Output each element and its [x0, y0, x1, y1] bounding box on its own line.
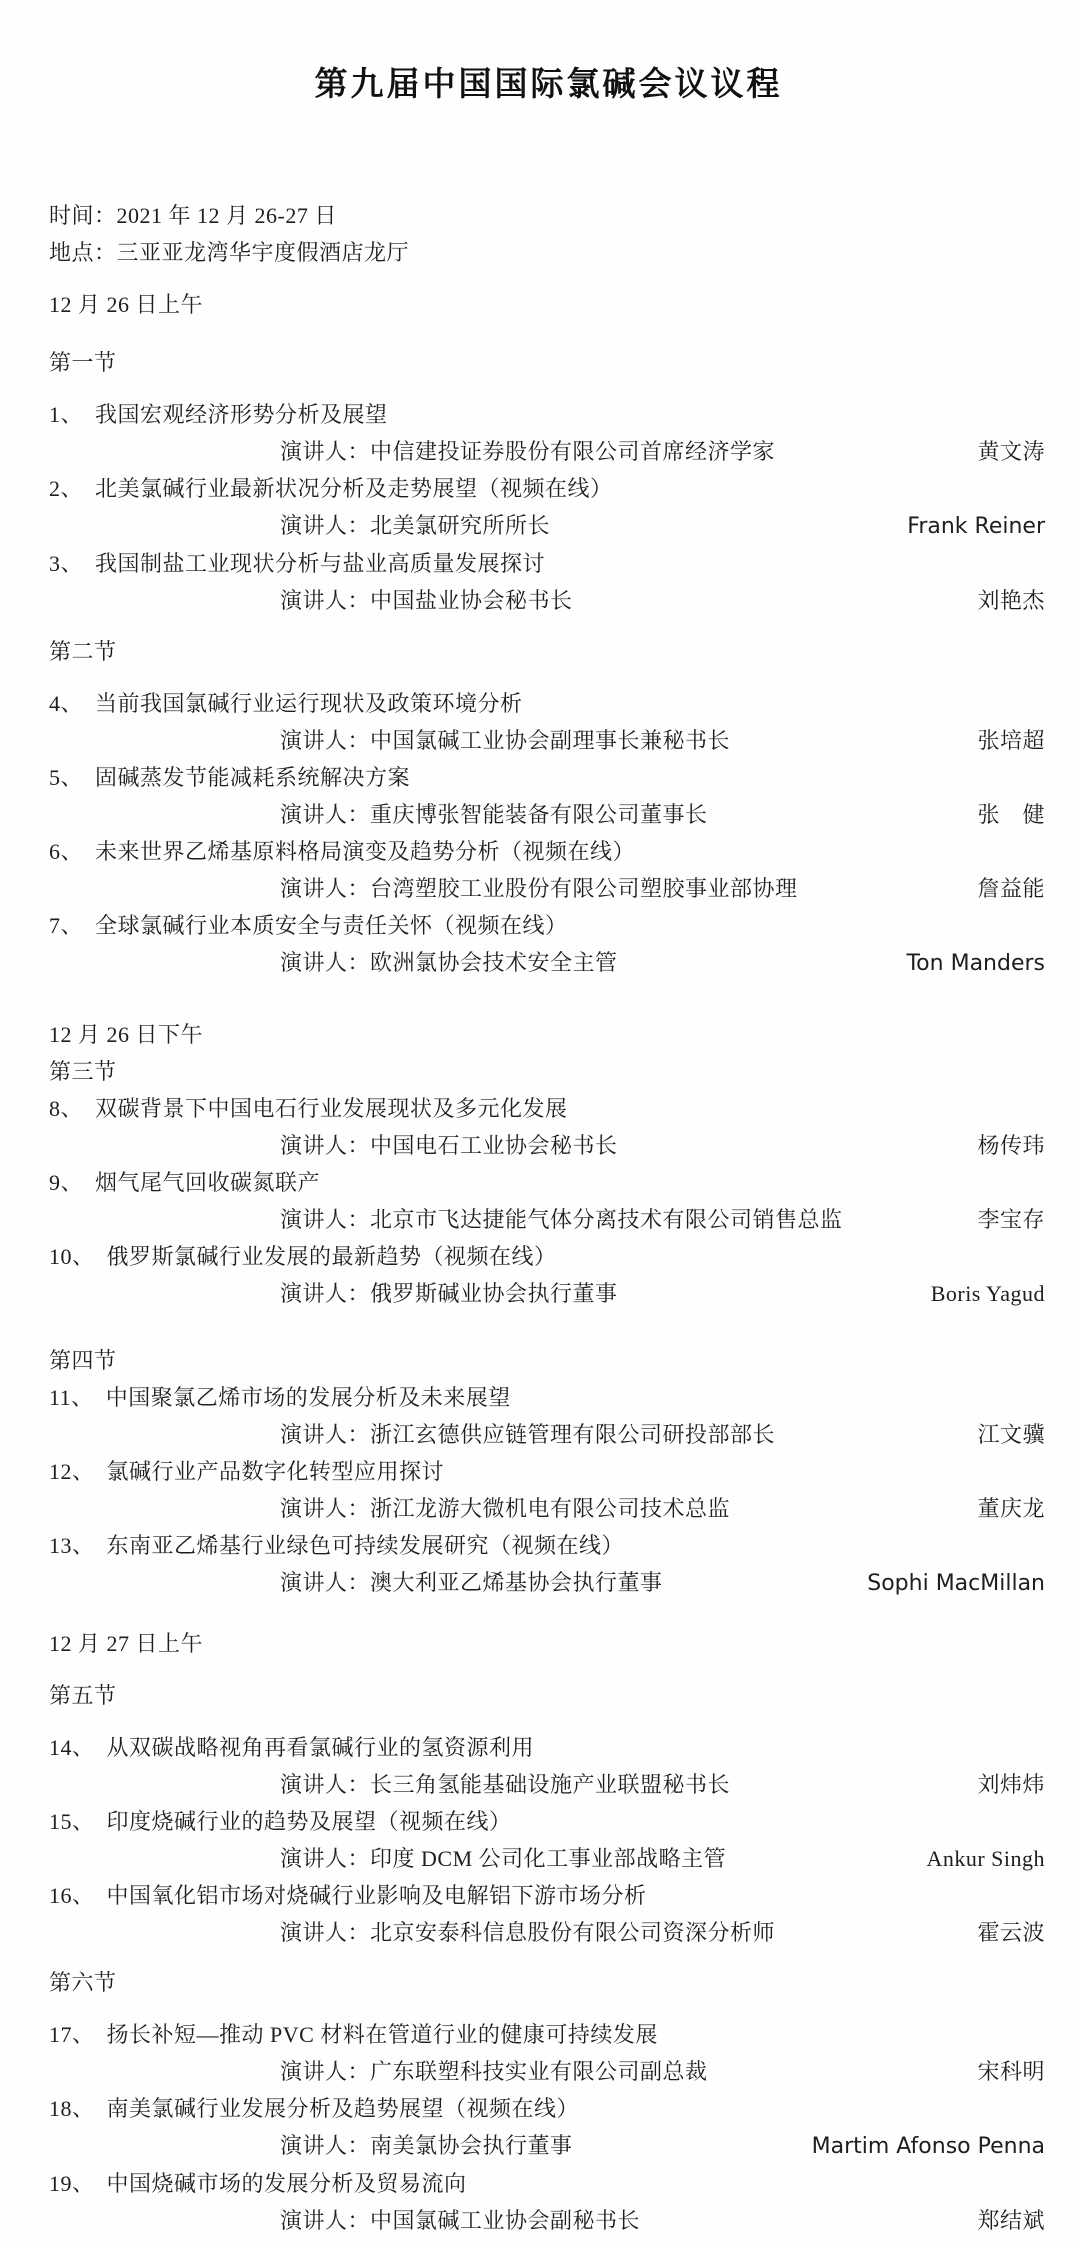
talk-title: 中国烧碱市场的发展分析及贸易流向 — [107, 2171, 467, 2196]
speaker-name: 宋科明 — [977, 2053, 1048, 2090]
speaker-role: 北京安泰科信息股份有限公司资深分析师 — [370, 1914, 775, 1951]
speaker-role: 北美氯研究所所长 — [370, 507, 550, 544]
speaker-label: 演讲人： — [280, 944, 370, 981]
speaker-label: 演讲人： — [280, 1914, 370, 1951]
speaker-name: 霍云波 — [977, 1914, 1048, 1951]
speaker-label: 演讲人： — [280, 433, 370, 470]
speaker-label: 演讲人： — [280, 1127, 370, 1164]
talk-title-line: 14、从双碳战略视角再看氯碱行业的氢资源利用 — [49, 1729, 1048, 1766]
speaker-name: Sophi MacMillan — [867, 1565, 1048, 1602]
section-heading: 第一节 — [49, 344, 1048, 381]
speaker-name: 刘炜炜 — [977, 1766, 1048, 1803]
speaker-name: 杨传玮 — [977, 1127, 1048, 1164]
speaker-name: 黄文涛 — [977, 433, 1048, 470]
meeting-time: 时间：2021 年 12 月 26-27 日 — [49, 197, 1048, 234]
speaker-role: 澳大利亚乙烯基协会执行董事 — [370, 1564, 663, 1601]
talk-number: 6、 — [49, 839, 83, 864]
talk-title: 烟气尾气回收碳氮联产 — [95, 1170, 320, 1195]
talk-number: 17、 — [49, 2022, 95, 2047]
speaker-label: 演讲人： — [280, 1840, 370, 1877]
speaker-role: 欧洲氯协会技术安全主管 — [370, 944, 618, 981]
speaker-name: 詹益能 — [977, 870, 1048, 907]
talk-number: 2、 — [49, 476, 83, 501]
talk-title: 从双碳战略视角再看氯碱行业的氢资源利用 — [107, 1735, 535, 1760]
speaker-line: 演讲人：浙江玄德供应链管理有限公司研投部部长江文骥 — [49, 1416, 1048, 1453]
section-heading: 第三节 — [49, 1053, 1048, 1090]
talk-number: 19、 — [49, 2171, 95, 2196]
speaker-role: 中国盐业协会秘书长 — [370, 582, 573, 619]
speaker-role: 中国氯碱工业协会副理事长兼秘书长 — [370, 722, 730, 759]
speaker-label: 演讲人： — [280, 2202, 370, 2239]
talk-number: 15、 — [49, 1809, 95, 1834]
section-heading: 第五节 — [49, 1677, 1048, 1714]
section-heading: 第四节 — [49, 1342, 1048, 1379]
talk-title-line: 19、中国烧碱市场的发展分析及贸易流向 — [49, 2165, 1048, 2202]
speaker-label: 演讲人： — [280, 2127, 370, 2164]
talk-title-line: 7、全球氯碱行业本质安全与责任关怀（视频在线） — [49, 907, 1048, 944]
speaker-line: 演讲人：欧洲氯协会技术安全主管Ton Manders — [49, 944, 1048, 982]
speaker-label: 演讲人： — [280, 1416, 370, 1453]
talk-title-line: 15、印度烧碱行业的趋势及展望（视频在线） — [49, 1803, 1048, 1840]
speaker-role: 南美氯协会执行董事 — [370, 2127, 573, 2164]
talk-title-line: 11、中国聚氯乙烯市场的发展分析及未来展望 — [49, 1379, 1048, 1416]
talk-number: 13、 — [49, 1533, 95, 1558]
talk-title: 氯碱行业产品数字化转型应用探讨 — [107, 1459, 445, 1484]
talk-number: 16、 — [49, 1883, 95, 1908]
speaker-line: 演讲人：浙江龙游大微机电有限公司技术总监董庆龙 — [49, 1490, 1048, 1527]
speaker-role: 重庆博张智能装备有限公司董事长 — [370, 796, 708, 833]
talk-title-line: 12、氯碱行业产品数字化转型应用探讨 — [49, 1453, 1048, 1490]
speaker-label: 演讲人： — [280, 722, 370, 759]
talk-title: 印度烧碱行业的趋势及展望（视频在线） — [107, 1809, 512, 1834]
talk-title-line: 13、东南亚乙烯基行业绿色可持续发展研究（视频在线） — [49, 1527, 1048, 1564]
talk-title-line: 5、固碱蒸发节能减耗系统解决方案 — [49, 759, 1048, 796]
speaker-role: 广东联塑科技实业有限公司副总裁 — [370, 2053, 708, 2090]
speaker-label: 演讲人： — [280, 1766, 370, 1803]
talk-title: 双碳背景下中国电石行业发展现状及多元化发展 — [95, 1096, 568, 1121]
talk-number: 14、 — [49, 1735, 95, 1760]
speaker-name: Ton Manders — [906, 945, 1048, 982]
speaker-name: 刘艳杰 — [977, 582, 1048, 619]
talk-number: 12、 — [49, 1459, 95, 1484]
speaker-label: 演讲人： — [280, 796, 370, 833]
speaker-role: 印度 DCM 公司化工事业部战略主管 — [370, 1840, 726, 1877]
talk-title: 固碱蒸发节能减耗系统解决方案 — [95, 765, 410, 790]
talk-number: 9、 — [49, 1170, 83, 1195]
talk-title-line: 1、我国宏观经济形势分析及展望 — [49, 396, 1048, 433]
speaker-line: 演讲人：台湾塑胶工业股份有限公司塑胶事业部协理詹益能 — [49, 870, 1048, 907]
section-heading: 第二节 — [49, 633, 1048, 670]
day-heading: 12 月 26 日下午 — [49, 1016, 1048, 1053]
speaker-name: 李宝存 — [977, 1201, 1048, 1238]
speaker-role: 浙江玄德供应链管理有限公司研投部部长 — [370, 1416, 775, 1453]
speaker-label: 演讲人： — [280, 582, 370, 619]
speaker-label: 演讲人： — [280, 1564, 370, 1601]
talk-title-line: 3、我国制盐工业现状分析与盐业高质量发展探讨 — [49, 545, 1048, 582]
speaker-name: Martim Afonso Penna — [812, 2128, 1048, 2165]
speaker-role: 中信建投证券股份有限公司首席经济学家 — [370, 433, 775, 470]
speaker-name: 董庆龙 — [977, 1490, 1048, 1527]
speaker-line: 演讲人：北京市飞达捷能气体分离技术有限公司销售总监李宝存 — [49, 1201, 1048, 1238]
speaker-line: 演讲人：中信建投证券股份有限公司首席经济学家黄文涛 — [49, 433, 1048, 470]
speaker-role: 长三角氢能基础设施产业联盟秘书长 — [370, 1766, 730, 1803]
speaker-label: 演讲人： — [280, 1201, 370, 1238]
speaker-role: 台湾塑胶工业股份有限公司塑胶事业部协理 — [370, 870, 798, 907]
speaker-line: 演讲人：广东联塑科技实业有限公司副总裁宋科明 — [49, 2053, 1048, 2090]
speaker-line: 演讲人：中国电石工业协会秘书长杨传玮 — [49, 1127, 1048, 1164]
speaker-label: 演讲人： — [280, 1490, 370, 1527]
speaker-line: 演讲人：中国氯碱工业协会副秘书长郑结斌 — [49, 2202, 1048, 2239]
talk-title: 中国聚氯乙烯市场的发展分析及未来展望 — [106, 1385, 511, 1410]
talk-title: 北美氯碱行业最新状况分析及走势展望（视频在线） — [95, 476, 613, 501]
speaker-label: 演讲人： — [280, 2053, 370, 2090]
speaker-name: Boris Yagud — [931, 1275, 1048, 1312]
talk-title-line: 4、当前我国氯碱行业运行现状及政策环境分析 — [49, 685, 1048, 722]
talk-title: 扬长补短—推动 PVC 材料在管道行业的健康可持续发展 — [107, 2022, 658, 2047]
speaker-role: 中国氯碱工业协会副秘书长 — [370, 2202, 640, 2239]
speaker-line: 演讲人：长三角氢能基础设施产业联盟秘书长刘炜炜 — [49, 1766, 1048, 1803]
speaker-name: 江文骥 — [977, 1416, 1048, 1453]
speaker-name: 张培超 — [977, 722, 1048, 759]
talk-title: 当前我国氯碱行业运行现状及政策环境分析 — [95, 691, 523, 716]
speaker-line: 演讲人：南美氯协会执行董事Martim Afonso Penna — [49, 2127, 1048, 2165]
talk-number: 1、 — [49, 402, 83, 427]
talk-title-line: 16、中国氧化铝市场对烧碱行业影响及电解铝下游市场分析 — [49, 1877, 1048, 1914]
day-heading: 12 月 26 日上午 — [49, 286, 1048, 323]
talk-title-line: 9、烟气尾气回收碳氮联产 — [49, 1164, 1048, 1201]
talk-title-line: 2、北美氯碱行业最新状况分析及走势展望（视频在线） — [49, 470, 1048, 507]
section-heading: 第六节 — [49, 1964, 1048, 2001]
speaker-line: 演讲人：澳大利亚乙烯基协会执行董事Sophi MacMillan — [49, 1564, 1048, 1602]
speaker-role: 中国电石工业协会秘书长 — [370, 1127, 618, 1164]
talk-title: 未来世界乙烯基原料格局演变及趋势分析（视频在线） — [95, 839, 635, 864]
talk-title-line: 18、南美氯碱行业发展分析及趋势展望（视频在线） — [49, 2090, 1048, 2127]
talk-title-line: 6、未来世界乙烯基原料格局演变及趋势分析（视频在线） — [49, 833, 1048, 870]
talk-title: 南美氯碱行业发展分析及趋势展望（视频在线） — [107, 2096, 580, 2121]
talk-title-line: 10、俄罗斯氯碱行业发展的最新趋势（视频在线） — [49, 1238, 1048, 1275]
speaker-line: 演讲人：中国氯碱工业协会副理事长兼秘书长张培超 — [49, 722, 1048, 759]
speaker-role: 浙江龙游大微机电有限公司技术总监 — [370, 1490, 730, 1527]
speaker-line: 演讲人：印度 DCM 公司化工事业部战略主管Ankur Singh — [49, 1840, 1048, 1877]
speaker-name: 郑结斌 — [977, 2202, 1048, 2239]
talk-number: 7、 — [49, 913, 83, 938]
speaker-line: 演讲人：北京安泰科信息股份有限公司资深分析师霍云波 — [49, 1914, 1048, 1951]
talk-title: 我国制盐工业现状分析与盐业高质量发展探讨 — [95, 551, 545, 576]
talk-title-line: 8、双碳背景下中国电石行业发展现状及多元化发展 — [49, 1090, 1048, 1127]
talk-title: 全球氯碱行业本质安全与责任关怀（视频在线） — [95, 913, 568, 938]
talk-number: 4、 — [49, 691, 83, 716]
speaker-line: 演讲人：重庆博张智能装备有限公司董事长张 健 — [49, 796, 1048, 833]
speaker-label: 演讲人： — [280, 1275, 370, 1312]
speaker-line: 演讲人：中国盐业协会秘书长刘艳杰 — [49, 582, 1048, 619]
talk-title: 我国宏观经济形势分析及展望 — [95, 402, 388, 427]
speaker-name: Frank Reiner — [907, 508, 1048, 545]
conference-title: 第九届中国国际氯碱会议议程 — [49, 60, 1048, 108]
talk-number: 18、 — [49, 2096, 95, 2121]
talk-title-line: 17、扬长补短—推动 PVC 材料在管道行业的健康可持续发展 — [49, 2016, 1048, 2053]
speaker-role: 北京市飞达捷能气体分离技术有限公司销售总监 — [370, 1201, 843, 1238]
talk-number: 10、 — [49, 1244, 95, 1269]
meeting-venue: 地点：三亚亚龙湾华宇度假酒店龙厅 — [49, 234, 1048, 271]
speaker-name: 张 健 — [977, 796, 1048, 833]
talk-number: 3、 — [49, 551, 83, 576]
speaker-name: Ankur Singh — [926, 1840, 1048, 1877]
talk-number: 5、 — [49, 765, 83, 790]
agenda-document-page: 第九届中国国际氯碱会议议程 时间：2021 年 12 月 26-27 日 地点：… — [0, 0, 1080, 2247]
speaker-line: 演讲人：北美氯研究所所长Frank Reiner — [49, 507, 1048, 545]
speaker-role: 俄罗斯碱业协会执行董事 — [370, 1275, 618, 1312]
speaker-label: 演讲人： — [280, 870, 370, 907]
talk-number: 11、 — [49, 1385, 94, 1410]
talk-title: 中国氧化铝市场对烧碱行业影响及电解铝下游市场分析 — [107, 1883, 647, 1908]
talk-title: 俄罗斯氯碱行业发展的最新趋势（视频在线） — [107, 1244, 557, 1269]
talk-title: 东南亚乙烯基行业绿色可持续发展研究（视频在线） — [107, 1533, 625, 1558]
speaker-label: 演讲人： — [280, 507, 370, 544]
speaker-line: 演讲人：俄罗斯碱业协会执行董事Boris Yagud — [49, 1275, 1048, 1312]
day-heading: 12 月 27 日上午 — [49, 1625, 1048, 1662]
talk-number: 8、 — [49, 1096, 83, 1121]
